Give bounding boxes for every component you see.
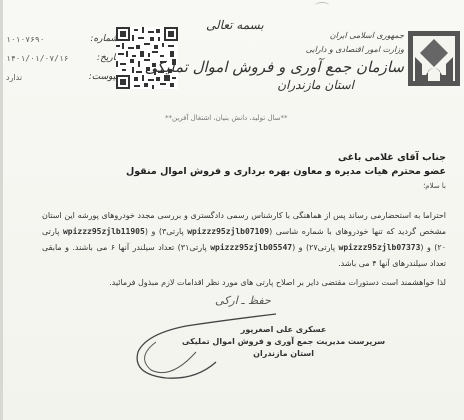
chassis-number: wpizzz95zjlb05547 <box>210 243 292 252</box>
chassis-number: wpizzz95zjlb07373 <box>339 243 421 252</box>
signer-title: سرپرست مدیریت جمع آوری و فروش اموال تملی… <box>182 336 385 348</box>
chassis-number: wpizzz95zjlb11905 <box>63 227 145 236</box>
attachment-label: پیوست: <box>86 68 118 87</box>
date-label: تاریخ: <box>86 49 118 68</box>
org-line-province: استان مازندران <box>277 78 354 92</box>
recipient-title: عضو محترم هیات مدیره و معاون بهره برداری… <box>126 166 446 177</box>
org-line-republic: جمهوری اسلامی ایران <box>330 31 404 40</box>
number-label: شماره: <box>86 30 118 49</box>
org-line-ministry: وزارت امور اقتصادی و دارایی <box>306 45 404 54</box>
chassis-number: wpizzz95zjlb07109 <box>187 227 269 236</box>
page-edge <box>0 0 3 420</box>
letter-page: ۱۰۱۰۷۶۹۰ ۱۴۰۱/۰۱/۰۷/۱۶ ندارد شماره: تاری… <box>0 0 464 420</box>
bismillah-heading: بسمه تعالی <box>206 18 264 32</box>
org-line-organization: سازمان جمع آوری و فروش اموال تملیکی <box>145 58 404 76</box>
punch-mark <box>315 2 329 9</box>
body-text: پارتی۳) و ( <box>145 227 187 236</box>
year-motto: **سال تولید، دانش بنیان، اشتغال آفرین** <box>165 114 288 122</box>
signer-province: استان مازندران <box>182 348 385 360</box>
letter-body: احتراما به استحضارمی رساند پس از هماهنگی… <box>42 208 446 272</box>
closing-request: لذا خواهشمند است دستورات مقتضی دایر بر ا… <box>109 278 446 287</box>
recipient-name: جناب آقای غلامی باغی <box>338 152 446 163</box>
signer-name: عسکری علی اصغرپور <box>182 324 385 336</box>
organization-logo-icon <box>408 31 460 86</box>
body-text: پارتی۲۷) و ( <box>292 243 338 252</box>
letter-meta-labels: شماره: تاریخ: پیوست: <box>86 30 118 87</box>
greeting: با سلام؛ <box>423 182 446 190</box>
handwritten-note: حفظ ـ ارکی <box>215 294 271 307</box>
body-paragraph: احتراما به استحضارمی رساند پس از هماهنگی… <box>42 208 446 272</box>
signer-block: عسکری علی اصغرپور سرپرست مدیریت جمع آوری… <box>182 324 385 360</box>
